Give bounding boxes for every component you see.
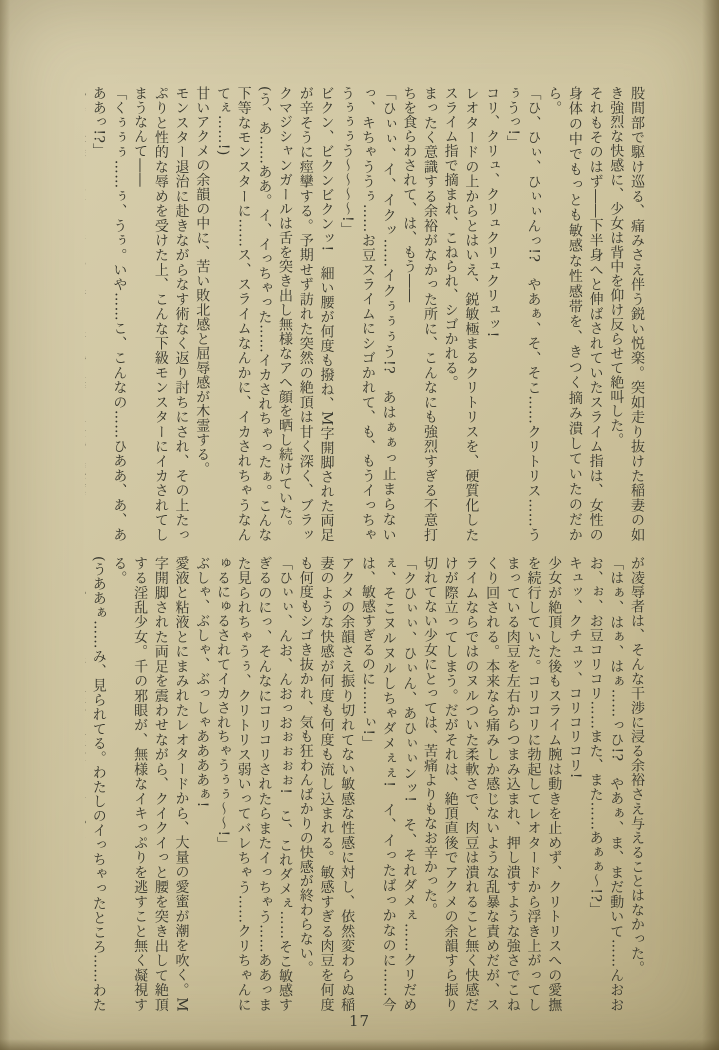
paragraph: が凌辱者は、そんな干渉に浸る余裕さえ与えることはなかった。 [626, 556, 647, 1012]
paragraph: キュッ、クチュッ、コリコリコリ! [564, 556, 585, 1012]
paragraph: 愛液と粘液とにまみれたレオタードから、大量の愛蜜が潮を吹く。M字開脚された両足を… [109, 556, 192, 1012]
text-block-bottom: が凌辱者は、そんな干渉に浸る余裕さえ与えることはなかった。「はぁ、はぁ、はぁ……… [85, 556, 647, 1012]
text-block-top: 股間部で駆け巡る、痛みさえ伴う鋭い悦楽。突如走り抜けた稲妻の如き強烈な快感に、少… [85, 86, 647, 542]
paragraph: アクメの余韻さえ振り切れてない敏感な性感に対し、依然変わらぬ稲妻のような快感が何… [295, 556, 357, 1012]
paragraph: (うああぁ……み、見られてる。わたしのイっちゃったところ……わたしの恥ずかしい所… [85, 556, 109, 1012]
scan-shadow-left [0, 0, 10, 1050]
paragraph: モンスター退治に赴きながらなす術なく返り討ちにされ、その上たっぷりと性的な辱めを… [129, 86, 191, 542]
paragraph: 「ひぃぃ、んお、んおっおぉぉぉぉ! こ、これダメぇ……そこ敏感すぎるのにっ、そん… [212, 556, 295, 1012]
paragraph: 「くぅぅぅ……ぅ、うぅ。いや……こ、こんなの……ひああ、あ、あああっ!?」 [88, 86, 129, 542]
paragraph: コリ、クリュ、クリュクリュクリュッ! [481, 86, 502, 542]
scanned-page: 股間部で駆け巡る、痛みさえ伴う鋭い悦楽。突如走り抜けた稲妻の如き強烈な快感に、少… [0, 0, 719, 1050]
paragraph: 恥辱と快楽とに震える唇を噛み締め、慚愧に堪える敗北の魔導師。だ [85, 86, 88, 542]
paragraph: 「はぁ、はぁ、はぁ……っひ!? やあぁ、ま、まだ動いて……んおおお、ぉ、お豆コリ… [585, 556, 626, 1012]
page-number: 17 [0, 1012, 719, 1030]
paragraph: まったく意識する余裕がなかった所に、こんなにも強烈すぎる不意打ちを食らわされて、… [399, 86, 440, 542]
paragraph: 「ひ、ひぃ、ひぃぃんっ!? やあぁ、そ、そこ……クリトリス……うぅうっ!」 [502, 86, 543, 542]
paragraph: ビクン、ビクンビクンッ! 細い腰が何度も撥ね、M字開脚された両足が辛そうに痙攣す… [274, 86, 336, 542]
paragraph: それもそのはず――下半身へと伸ばされていたスライム指は、女性の身体の中でもっとも… [543, 86, 605, 542]
paragraph: レオタードの上からとはいえ、鋭敏極まるクリトリスを、硬質化したスライム指で摘まれ… [440, 86, 481, 542]
paragraph: 股間部で駆け巡る、痛みさえ伴う鋭い悦楽。突如走り抜けた稲妻の如き強烈な快感に、少… [606, 86, 647, 542]
scan-shadow-bottom [0, 1039, 719, 1050]
paragraph: 「ひぃぃ、イ、イクッ……イクぅぅぅう!? あはぁぁっ止まらないっ、キちゃううぅ…… [336, 86, 398, 542]
paragraph: 少女が絶頂した後もスライム腕は動きを止めず、クリトリスへの愛撫を続行していた。コ… [419, 556, 564, 1012]
paragraph: 「クひぃぃ、ひぃん、あひぃぃンッ! そ、それダメぇ……クリだめぇ、そこヌルヌルし… [357, 556, 419, 1012]
paragraph: ぶしゃ、ぶしゃ、ぶっしゃああああぁ! [192, 556, 213, 1012]
paragraph: (う、あ……ああ。イ、イっちゃった……イカされちゃったぁ。こんな下等なモンスター… [212, 86, 274, 542]
scan-shadow-right [702, 0, 719, 1050]
paragraph: 甘いアクメの余韻の中に、苦い敗北感と屈辱感が木霊する。 [192, 86, 213, 542]
